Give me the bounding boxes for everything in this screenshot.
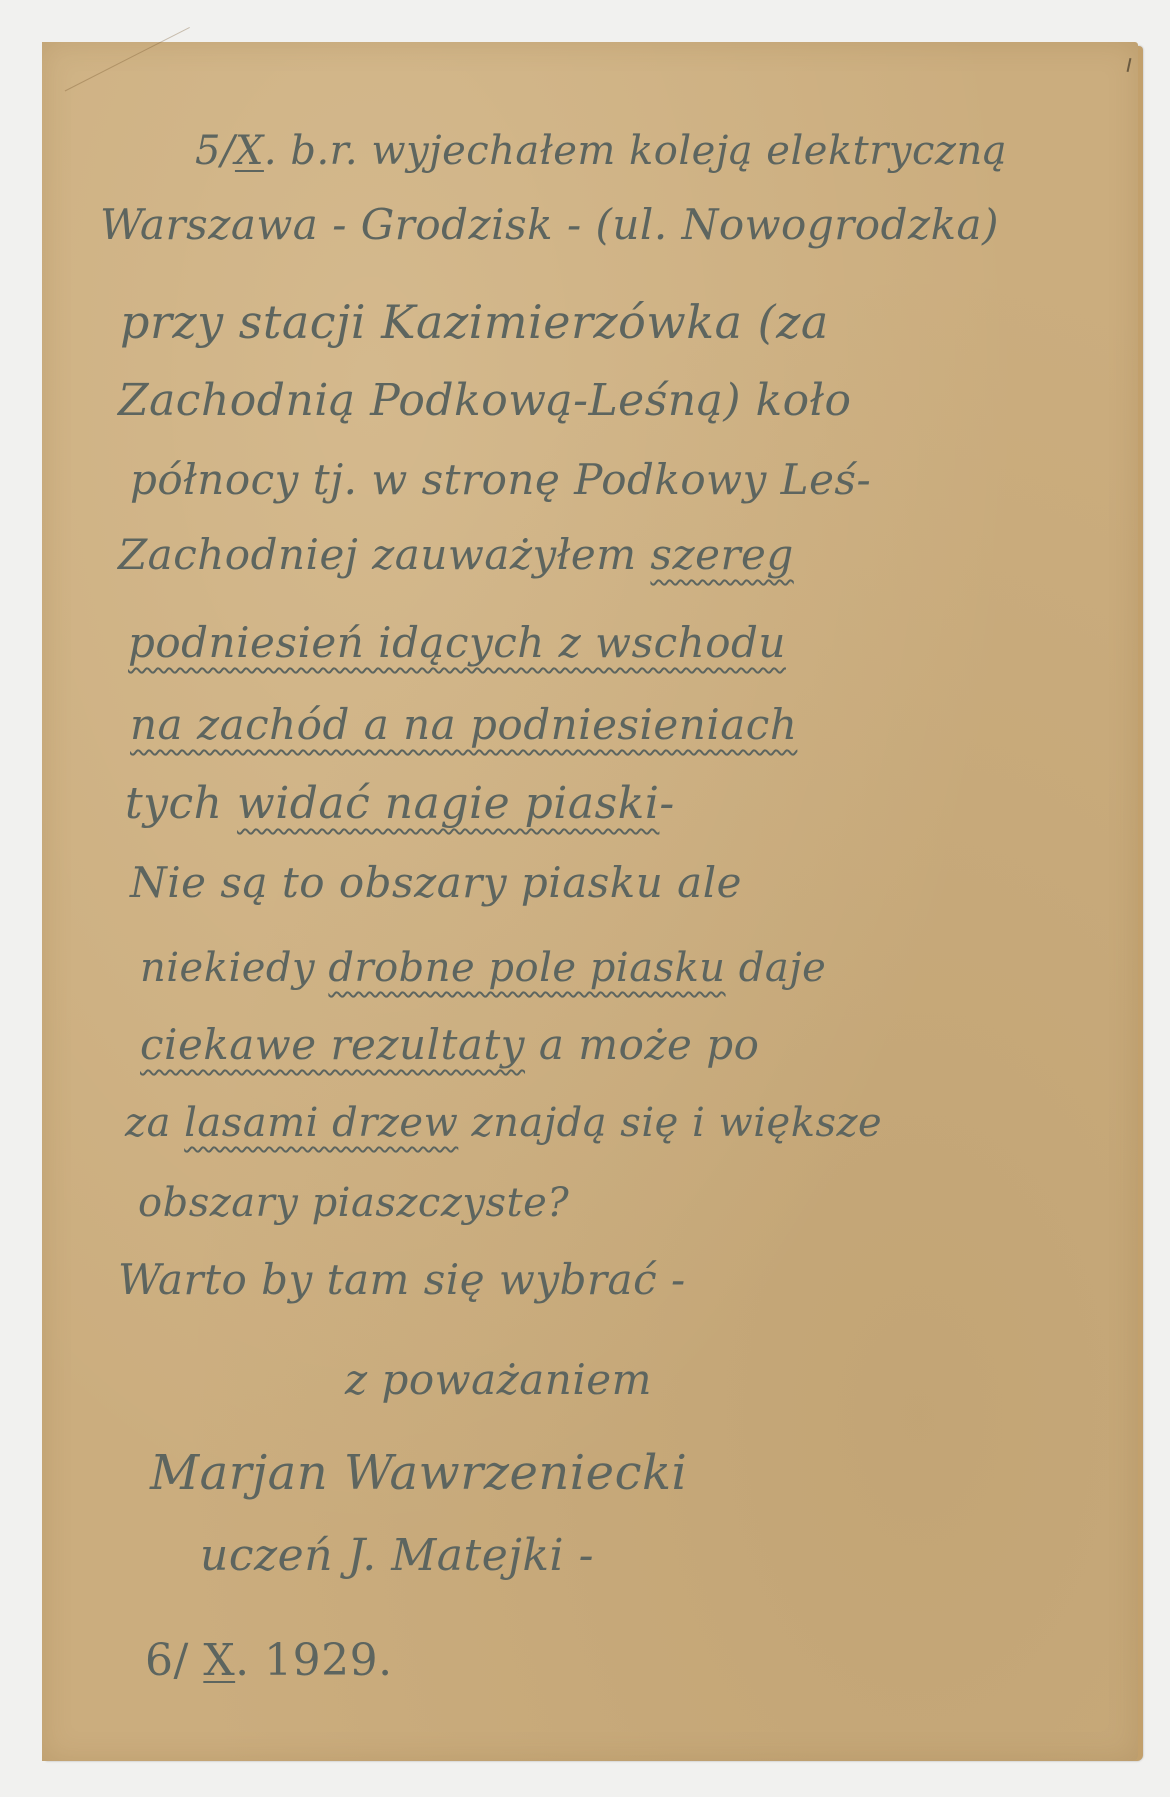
letter-line-7: podniesień idących z wschodu (128, 618, 786, 667)
letter-line-5: północy tj. w stronę Podkowy Leś- (130, 455, 871, 504)
line-text: za (125, 1100, 171, 1146)
letter-line-12: ciekawe rezultaty a może po (140, 1020, 759, 1069)
closing-date-year: 1929. (264, 1635, 392, 1686)
line-text: Zachodnią Podkową-Leśną) koło (118, 375, 851, 426)
signature-title-text: uczeń J. Matejki - (200, 1530, 594, 1581)
letter-line-3: przy stacji Kazimierzówka (za (120, 295, 829, 349)
line-text: obszary piaszczyste? (138, 1180, 569, 1226)
letter-line-10: Nie są to obszary piasku ale (130, 858, 742, 907)
line-trailing: daje (739, 945, 827, 991)
line-text: Nie są to obszary piasku ale (130, 858, 742, 907)
signature-name: Marjan Wawrzeniecki (150, 1445, 687, 1501)
signature-text: Marjan Wawrzeniecki (150, 1445, 687, 1501)
underlined-text: na zachód a na podniesieniach (130, 700, 797, 749)
underlined-text: ciekawe rezultaty (140, 1020, 525, 1069)
closing-date-month: X (203, 1635, 235, 1686)
letter-line-9: tych widać nagie piaski- (125, 778, 675, 829)
letter-line-8: na zachód a na podniesieniach (130, 700, 797, 749)
line-text: niekiedy (140, 945, 315, 991)
closing-date: 6/ X. 1929. (145, 1635, 393, 1686)
underlined-text: drobne pole piasku (328, 945, 725, 991)
line-text: północy tj. w stronę Podkowy Leś- (130, 455, 871, 504)
closing-date-day: 6 (145, 1635, 174, 1686)
letter-line-15: Warto by tam się wybrać - (118, 1255, 686, 1304)
salutation-text: z poważaniem (345, 1355, 652, 1404)
letter-line-14: obszary piaszczyste? (138, 1180, 569, 1226)
letter-line-13: za lasami drzew znajdą się i większe (125, 1100, 882, 1146)
underlined-text: lasami drzew (184, 1100, 458, 1146)
underlined-text: podniesień idących z wschodu (128, 618, 786, 667)
opening-date-day: 5 (195, 128, 221, 174)
signature-title: uczeń J. Matejki - (200, 1530, 594, 1581)
line-text: wyjechałem koleją elektryczną (371, 128, 1007, 174)
letter-line-1: 5/X. b.r. wyjechałem koleją elektryczną (195, 128, 1007, 174)
underlined-text: widać nagie piaski (237, 778, 659, 829)
letter-line-11: niekiedy drobne pole piasku daje (140, 945, 826, 991)
letter-line-2: Warszawa - Grodzisk - (ul. Nowogrodzka) (100, 200, 999, 249)
line-trailing: - (659, 778, 674, 829)
letter-line-6: Zachodniej zauważyłem szereg (118, 530, 794, 579)
line-text: przy stacji Kazimierzówka (za (120, 295, 829, 349)
line-text: tych (125, 778, 223, 829)
opening-date-month: X (235, 128, 264, 174)
line-text: Warto by tam się wybrać - (118, 1255, 686, 1304)
line-trailing: znajdą się i większe (472, 1100, 883, 1146)
closing-salutation: z poważaniem (345, 1355, 652, 1404)
underlined-text: szereg (650, 530, 793, 579)
line-text: Warszawa - Grodzisk - (ul. Nowogrodzka) (100, 200, 999, 249)
letter-line-4: Zachodnią Podkową-Leśną) koło (118, 375, 851, 426)
line-trailing: a może po (539, 1020, 760, 1069)
line-text: Zachodniej zauważyłem (118, 530, 637, 579)
opening-date-suffix: b.r. (290, 128, 358, 174)
